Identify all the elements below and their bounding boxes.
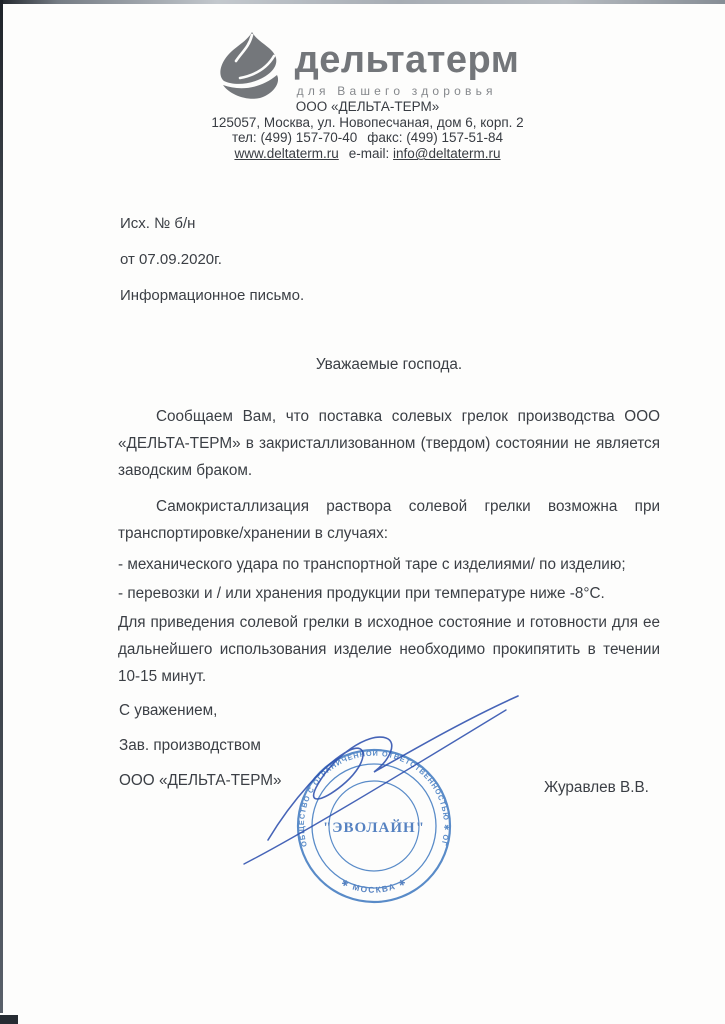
paragraph-defect-statement: Сообщаем Вам, что поставка солевых грело… (118, 403, 660, 484)
company-phone: тел: (499) 157-70-40 (232, 130, 357, 145)
company-fax: факс: (499) 157-51-84 (367, 130, 503, 145)
company-address: 125057, Москва, ул. Новопесчаная, дом 6,… (10, 115, 725, 131)
logo-brand-text: дельтатерм (295, 41, 520, 79)
letterhead: дельтатерм для Вашего здоровья ООО «ДЕЛЬ… (0, 28, 725, 162)
letter-meta: Исх. № б/н от 07.09.2020г. Информационно… (120, 213, 304, 321)
bullet-low-temperature: - перевозки и / или хранения продукции п… (118, 580, 660, 607)
logo-wordmark: дельтатерм для Вашего здоровья (295, 28, 520, 98)
company-phone-fax: тел: (499) 157-70-40факс: (499) 157-51-8… (10, 130, 725, 146)
company-web-line: www.deltaterm.rue-mail: info@deltaterm.r… (10, 146, 725, 162)
scanned-letter-page: дельтатерм для Вашего здоровья ООО «ДЕЛЬ… (0, 0, 725, 1024)
website-link[interactable]: www.deltaterm.ru (234, 146, 338, 161)
handwritten-signature (240, 688, 530, 878)
letter-body: Сообщаем Вам, что поставка солевых грело… (118, 403, 660, 690)
company-contact-block: ООО «ДЕЛЬТА-ТЕРМ» 125057, Москва, ул. Но… (0, 99, 725, 162)
email-link[interactable]: info@deltaterm.ru (393, 146, 501, 161)
deltaterm-logo-icon (212, 28, 288, 104)
svg-text:✱ МОСКВА ✱: ✱ МОСКВА ✱ (340, 876, 409, 895)
scan-corner-mark (0, 1015, 18, 1024)
logo-tagline: для Вашего здоровья (297, 84, 520, 98)
letter-subject: Информационное письмо. (120, 285, 304, 307)
paragraph-restore-instructions: Для приведения солевой грелки в исходное… (118, 609, 660, 690)
ref-number: Исх. № б/н (120, 213, 304, 235)
salutation: Уважаемые господа. (118, 356, 660, 374)
stamp-city-text: ✱ МОСКВА ✱ (340, 876, 409, 895)
logo: дельтатерм для Вашего здоровья (6, 28, 725, 104)
paragraph-crystallization: Самокристаллизация раствора солевой грел… (118, 493, 660, 547)
scan-edge-top (0, 0, 725, 4)
signer-name: Журавлев В.В. (544, 779, 649, 797)
letter-date: от 07.09.2020г. (120, 249, 304, 271)
company-name: ООО «ДЕЛЬТА-ТЕРМ» (10, 99, 725, 115)
email-label: e-mail: (349, 146, 390, 161)
bullet-mechanical-impact: - механического удара по транспортной та… (118, 551, 660, 578)
